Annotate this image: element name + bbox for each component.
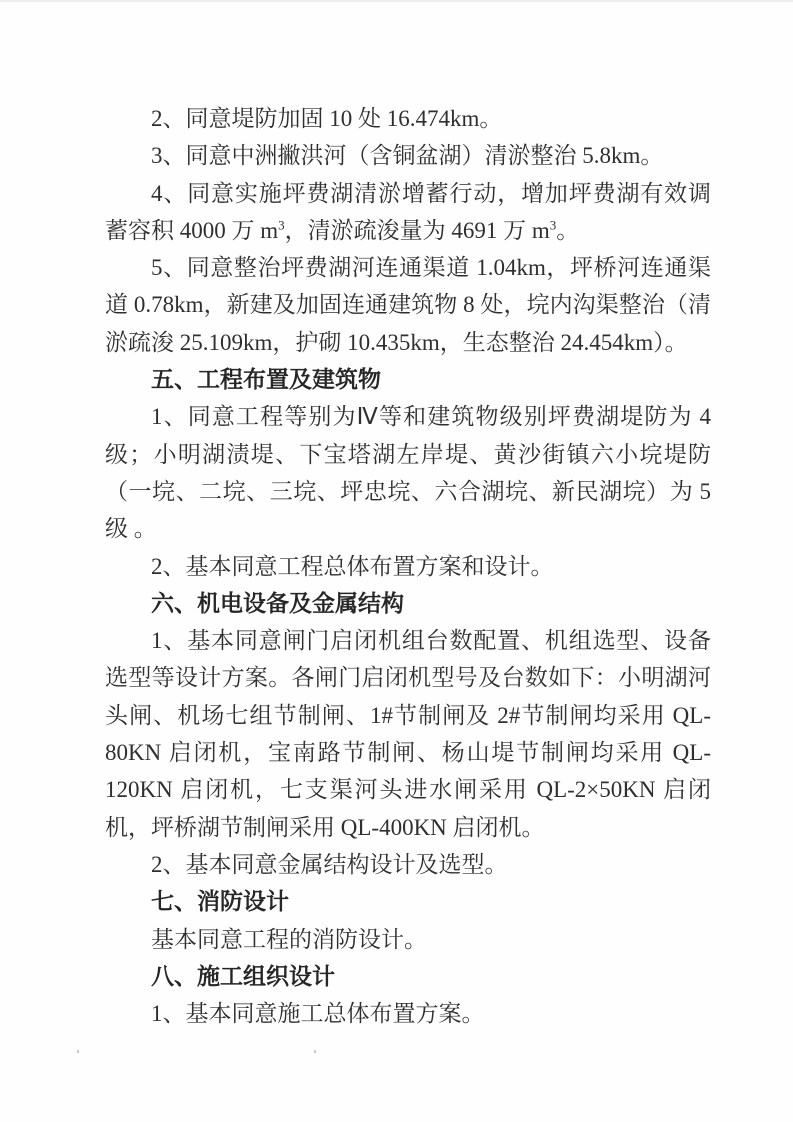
approval-item-2: 2、同意堤防加固 10 处 16.474km。 <box>105 100 711 137</box>
approval-item-4-text: ，清淤疏浚量为 4691 万 m <box>285 218 550 243</box>
section-heading-7: 七、消防设计 <box>105 883 711 920</box>
approval-item-5: 5、同意整治坪费湖河连通渠道 1.04km，坪桥河连通渠道 0.78km，新建及… <box>105 249 711 361</box>
approval-item-4: 4、同意实施坪费湖清淤增蓄行动，增加坪费湖有效调蓄容积 4000 万 m3，清淤… <box>105 175 711 250</box>
document-body: 2、同意堤防加固 10 处 16.474km。 3、同意中洲撇洪河（含铜盆湖）清… <box>105 100 711 1032</box>
section-heading-6: 六、机电设备及金属结构 <box>105 585 711 622</box>
section-5-item-1: 1、同意工程等别为Ⅳ等和建筑物级别坪费湖堤防为 4 级；小明湖渍堤、下宝塔湖左岸… <box>105 398 711 547</box>
scan-edge-artifact <box>0 0 793 2</box>
scan-speck-artifact <box>314 1050 316 1053</box>
section-7-body: 基本同意工程的消防设计。 <box>105 921 711 958</box>
approval-item-4-text: 。 <box>556 218 579 243</box>
section-8-item-1: 1、基本同意施工总体布置方案。 <box>105 995 711 1032</box>
approval-item-3: 3、同意中洲撇洪河（含铜盆湖）清淤整治 5.8km。 <box>105 137 711 174</box>
section-heading-5: 五、工程布置及建筑物 <box>105 361 711 398</box>
section-5-item-2: 2、基本同意工程总体布置方案和设计。 <box>105 548 711 585</box>
section-6-item-2: 2、基本同意金属结构设计及选型。 <box>105 846 711 883</box>
scan-speck-artifact <box>77 1050 79 1053</box>
section-heading-8: 八、施工组织设计 <box>105 958 711 995</box>
section-6-item-1: 1、基本同意闸门启闭机组台数配置、机组选型、设备选型等设计方案。各闸门启闭机型号… <box>105 622 711 846</box>
document-page: 2、同意堤防加固 10 处 16.474km。 3、同意中洲撇洪河（含铜盆湖）清… <box>0 0 793 1122</box>
